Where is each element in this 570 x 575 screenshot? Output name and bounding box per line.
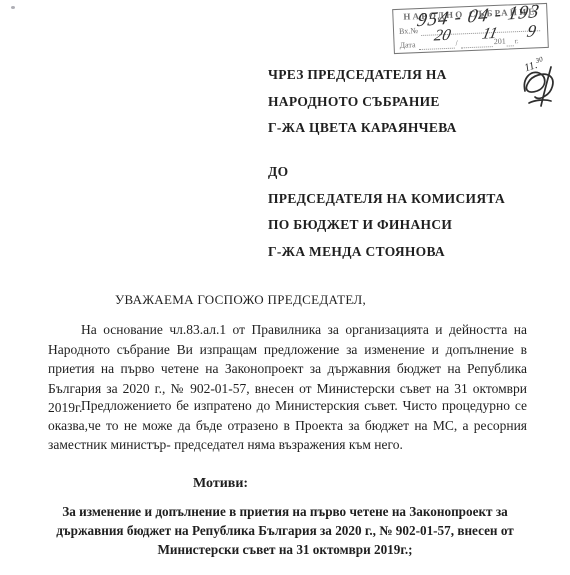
recipient-line: НАРОДНОТО СЪБРАНИЕ: [268, 89, 457, 116]
stamp-date-label: Дата: [399, 40, 415, 51]
recipient-line: ПРЕДСЕДАТЕЛЯ НА КОМИСИЯТА: [268, 186, 505, 213]
recipient-line: ПО БЮДЖЕТ И ФИНАНСИ: [268, 212, 505, 239]
stamp-date-separator: /: [454, 38, 459, 48]
recipient-line: Г-ЖА ЦВЕТА КАРАЯНЧЕВА: [268, 115, 457, 142]
salutation: УВАЖАЕМА ГОСПОЖО ПРЕДСЕДАТЕЛ,: [115, 292, 366, 308]
registry-stamp: НАРОДНО СЪБРАНИЕ Вх.№ Дата / 201 г. 954 …: [392, 3, 549, 54]
stamp-date-row: Дата / 201 г.: [399, 35, 543, 51]
recipient-line: Г-ЖА МЕНДА СТОЯНОВА: [268, 239, 505, 266]
recipient-line: ДО: [268, 159, 505, 186]
recipient-block-to: ДО ПРЕДСЕДАТЕЛЯ НА КОМИСИЯТА ПО БЮДЖЕТ И…: [268, 159, 505, 265]
scan-artifact-speck: [11, 6, 15, 9]
recipient-line: ЧРЕЗ ПРЕДСЕДАТЕЛЯ НА: [268, 62, 457, 89]
scanned-letter-page: НАРОДНО СЪБРАНИЕ Вх.№ Дата / 201 г. 954 …: [0, 0, 570, 575]
stamp-year-suffix: г.: [514, 36, 519, 46]
motives-heading: Мотиви:: [193, 476, 248, 492]
motives-body: За изменение и допълнение в приетия на п…: [55, 502, 515, 559]
recipient-block-via: ЧРЕЗ ПРЕДСЕДАТЕЛЯ НА НАРОДНОТО СЪБРАНИЕ …: [268, 62, 457, 142]
handwritten-signature-icon: [517, 63, 563, 109]
body-paragraph-2: Предложението бе изпратено до Министерск…: [48, 396, 527, 455]
